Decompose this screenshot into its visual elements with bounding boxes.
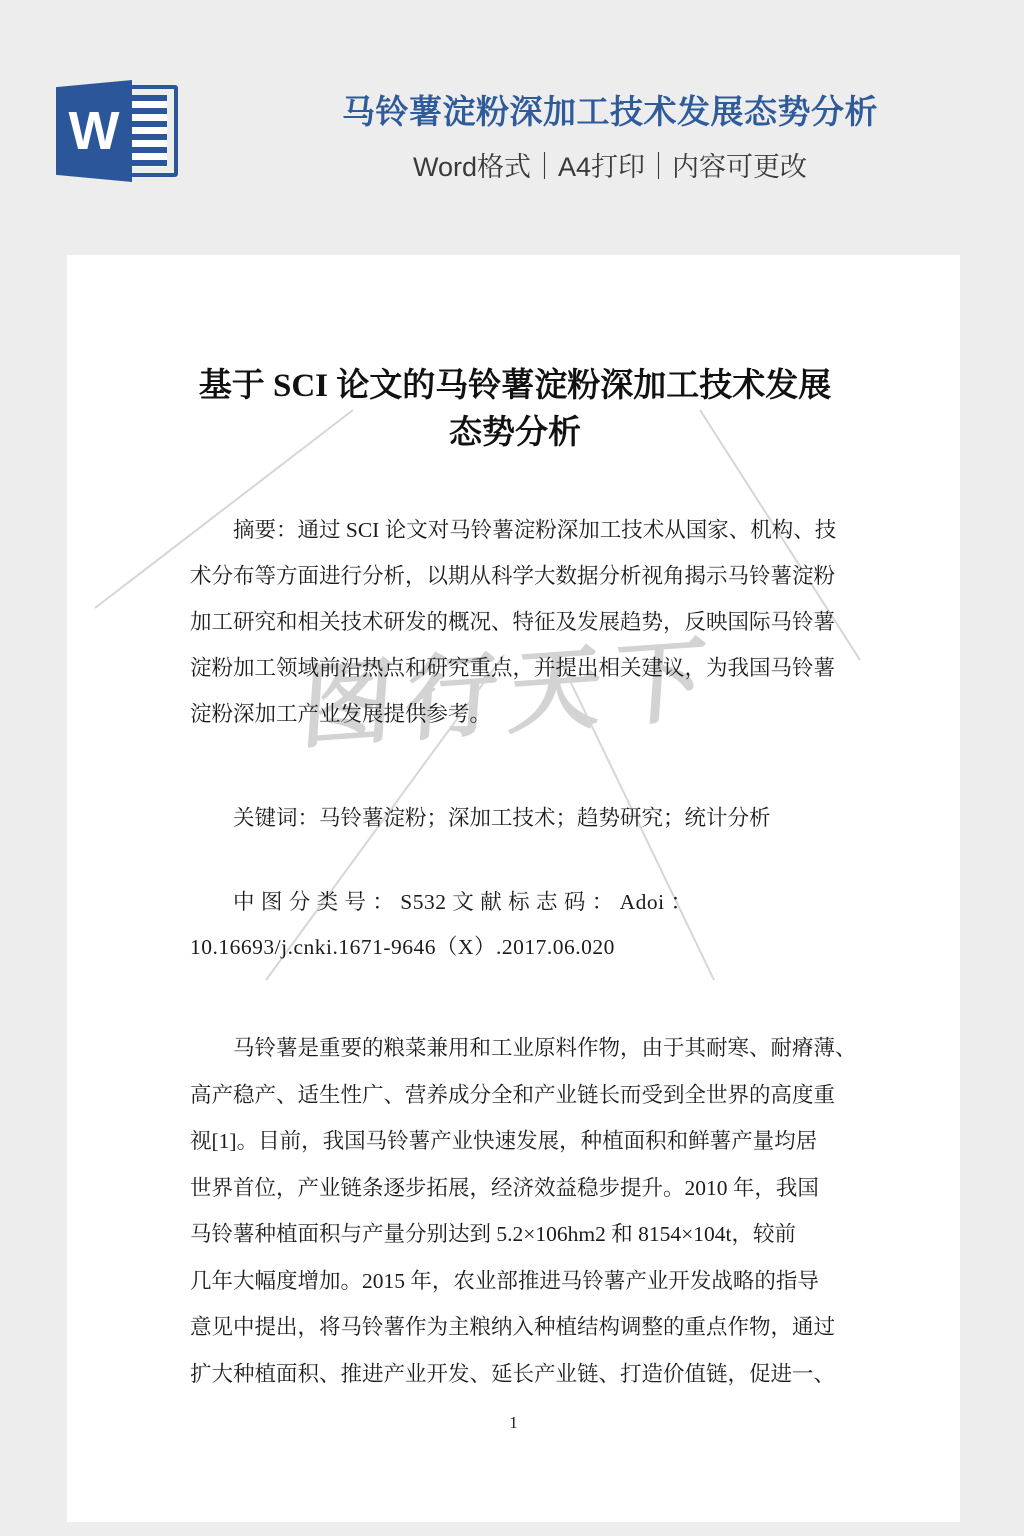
word-icon-letter: W [56, 80, 132, 182]
abstract-line: 淀粉加工领域前沿热点和研究重点，并提出相关建议，为我国马铃薯 [190, 645, 850, 691]
body-line: 几年大幅度增加。2015 年，农业部推进马铃薯产业开发战略的指导 [190, 1258, 850, 1305]
header-title: 马铃薯淀粉深加工技术发展态势分析 [220, 86, 1000, 133]
body-line: 视[1]。目前，我国马铃薯产业快速发展，种植面积和鲜薯产量均居 [190, 1118, 850, 1165]
abstract-line: 加工研究和相关技术研发的概况、特征及发展趋势，反映国际马铃薯 [190, 599, 850, 645]
header-text-block: 马铃薯淀粉深加工技术发展态势分析 Word格式｜A4打印｜内容可更改 [220, 86, 1000, 184]
classification-line: 中 图 分 类 号 ： S532 文 献 标 志 码 ： Adoi ： [190, 880, 850, 925]
body-line: 高产稳产、适生性广、营养成分全和产业链长而受到全世界的高度重 [190, 1072, 850, 1119]
header-subtitle: Word格式｜A4打印｜内容可更改 [220, 145, 1000, 184]
document-title-line: 态势分析 [190, 410, 840, 457]
document-page: 图行天下 基于 SCI 论文的马铃薯淀粉深加工技术发展 态势分析 摘要：通过 S… [67, 255, 960, 1522]
body-line: 马铃薯是重要的粮菜兼用和工业原料作物，由于其耐寒、耐瘠薄、 [190, 1025, 850, 1072]
document-title: 基于 SCI 论文的马铃薯淀粉深加工技术发展 态势分析 [190, 363, 840, 457]
classification-line: 10.16693/j.cnki.1671-9646（X）.2017.06.020 [190, 925, 850, 970]
word-icon: W [56, 80, 178, 182]
abstract-paragraph: 摘要：通过 SCI 论文对马铃薯淀粉深加工技术从国家、机构、技 术分布等方面进行… [190, 507, 850, 737]
keywords-line: 关键词：马铃薯淀粉；深加工技术；趋势研究；统计分析 [190, 795, 850, 841]
keywords-paragraph: 关键词：马铃薯淀粉；深加工技术；趋势研究；统计分析 [190, 795, 850, 841]
abstract-line: 淀粉深加工产业发展提供参考。 [190, 691, 850, 737]
classification-paragraph: 中 图 分 类 号 ： S532 文 献 标 志 码 ： Adoi ： 10.1… [190, 880, 850, 970]
body-paragraph: 马铃薯是重要的粮菜兼用和工业原料作物，由于其耐寒、耐瘠薄、 高产稳产、适生性广、… [190, 1025, 850, 1397]
document-preview: W 马铃薯淀粉深加工技术发展态势分析 Word格式｜A4打印｜内容可更改 图行天… [0, 0, 1024, 1536]
page-number: 1 [67, 1412, 960, 1434]
body-line: 意见中提出，将马铃薯作为主粮纳入种植结构调整的重点作物，通过 [190, 1304, 850, 1351]
body-line: 扩大种植面积、推进产业开发、延长产业链、打造价值链，促进一、 [190, 1351, 850, 1398]
abstract-line: 摘要：通过 SCI 论文对马铃薯淀粉深加工技术从国家、机构、技 [190, 507, 850, 553]
document-title-line: 基于 SCI 论文的马铃薯淀粉深加工技术发展 [190, 363, 840, 410]
body-line: 世界首位，产业链条逐步拓展，经济效益稳步提升。2010 年，我国 [190, 1165, 850, 1212]
body-line: 马铃薯种植面积与产量分别达到 5.2×106hm2 和 8154×104t，较前 [190, 1211, 850, 1258]
abstract-line: 术分布等方面进行分析，以期从科学大数据分析视角揭示马铃薯淀粉 [190, 553, 850, 599]
